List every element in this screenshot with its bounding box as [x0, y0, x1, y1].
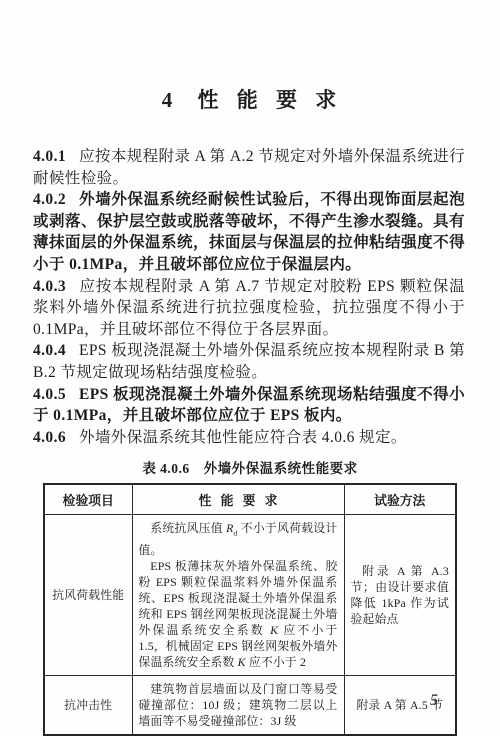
performance-table: 检验项目 性 能 要 求 试验方法 抗风荷载性能系统抗风压值 Rd 不小于风荷载… [43, 483, 457, 735]
clauses-container: 4.0.1应按本规程附录 A 第 A.2 节规定对外墙外保温系统进行耐候性检验。… [33, 146, 465, 448]
clause-number: 4.0.2 [33, 191, 66, 208]
clause-number: 4.0.3 [33, 278, 66, 295]
text-segment: 应不小于 2 [246, 655, 306, 669]
section-heading: 4 性 能 要 求 [0, 0, 500, 114]
test-method-text: 附录 A 第 A.3 节；由设计要求值降低 1kPa 作为试验起始点 [351, 563, 450, 627]
clause-text: 应按本规程附录 A 第 A.7 节规定对胶粉 EPS 颗粒保温浆料外墙外保温系统… [33, 278, 465, 338]
symbol-italic: R [226, 521, 233, 535]
table-row: 抗冲击性建筑物首层墙面以及门窗口等易受碰撞部位：10J 级；建筑物二层以上墙面等… [44, 675, 456, 735]
page-number: 5 [430, 692, 438, 710]
col-header-item: 检验项目 [44, 484, 132, 515]
requirement-paragraph: EPS 板薄抹灰外墙外保温系统、胶粉 EPS 颗粒保温浆料外墙外保温系统、EPS… [139, 558, 338, 670]
requirement-paragraph: 系统抗风压值 Rd 不小于风荷载设计值。 [139, 520, 338, 557]
clause-number: 4.0.5 [33, 386, 66, 403]
clause-4.0.6: 4.0.6外墙外保温系统其他性能应符合表 4.0.6 规定。 [33, 427, 465, 449]
requirement-cell: 建筑物首层墙面以及门窗口等易受碰撞部位：10J 级；建筑物二层以上墙面等不易受碰… [132, 675, 344, 735]
table-title: 表 4.0.6 外墙外保温系统性能要求 [0, 457, 500, 477]
clause-text: 外墙外保温系统其他性能应符合表 4.0.6 规定。 [79, 429, 407, 446]
section-title: 性 能 要 求 [198, 88, 339, 112]
text-segment: 建筑物首层墙面以及门窗口等易受碰撞部位：10J 级；建筑物二层以上墙面等不易受碰… [139, 682, 338, 728]
clause-number: 4.0.6 [33, 429, 66, 446]
table-row: 抗风荷载性能系统抗风压值 Rd 不小于风荷载设计值。EPS 板薄抹灰外墙外保温系… [44, 515, 456, 675]
clause-text: EPS 板现浇混凝土外墙外保温系统现场粘结强度不得小于 0.1MPa，并且破坏部… [33, 386, 465, 425]
clause-4.0.3: 4.0.3应按本规程附录 A 第 A.7 节规定对胶粉 EPS 颗粒保温浆料外墙… [33, 276, 465, 341]
col-header-method: 试验方法 [344, 484, 456, 515]
clause-number: 4.0.4 [33, 342, 66, 359]
col-header-requirement: 性 能 要 求 [132, 484, 344, 515]
clause-number: 4.0.1 [33, 148, 66, 165]
requirement-paragraph: 建筑物首层墙面以及门窗口等易受碰撞部位：10J 级；建筑物二层以上墙面等不易受碰… [139, 681, 338, 729]
section-number: 4 [162, 88, 175, 112]
requirement-cell: 系统抗风压值 Rd 不小于风荷载设计值。EPS 板薄抹灰外墙外保温系统、胶粉 E… [132, 515, 344, 675]
inspection-item-cell: 抗风荷载性能 [44, 515, 132, 675]
table-header-row: 检验项目 性 能 要 求 试验方法 [44, 484, 456, 515]
document-page: 4 性 能 要 求 4.0.1应按本规程附录 A 第 A.2 节规定对外墙外保温… [0, 0, 500, 736]
text-segment: 系统抗风压值 [150, 521, 226, 535]
symbol-italic: K [270, 623, 278, 637]
clause-4.0.5: 4.0.5EPS 板现浇混凝土外墙外保温系统现场粘结强度不得小于 0.1MPa，… [33, 384, 465, 427]
clause-4.0.2: 4.0.2外墙外保温系统经耐候性试验后，不得出现饰面层起泡或剥落、保护层空鼓或脱… [33, 189, 465, 275]
inspection-item-cell: 抗冲击性 [44, 675, 132, 735]
clause-text: EPS 板现浇混凝土外墙外保温系统应按本规程附录 B 第 B.2 节规定做现场粘… [33, 342, 465, 381]
symbol-italic: K [238, 655, 246, 669]
test-method-cell: 附录 A 第 A.3 节；由设计要求值降低 1kPa 作为试验起始点 [344, 515, 456, 675]
clause-text: 外墙外保温系统经耐候性试验后，不得出现饰面层起泡或剥落、保护层空鼓或脱落等破坏，… [33, 191, 465, 273]
test-method-cell: 附录 A 第 A.5 节 [344, 675, 456, 735]
clause-text: 应按本规程附录 A 第 A.2 节规定对外墙外保温系统进行耐候性检验。 [33, 148, 465, 187]
clause-4.0.4: 4.0.4EPS 板现浇混凝土外墙外保温系统应按本规程附录 B 第 B.2 节规… [33, 340, 465, 383]
clause-4.0.1: 4.0.1应按本规程附录 A 第 A.2 节规定对外墙外保温系统进行耐候性检验。 [33, 146, 465, 189]
